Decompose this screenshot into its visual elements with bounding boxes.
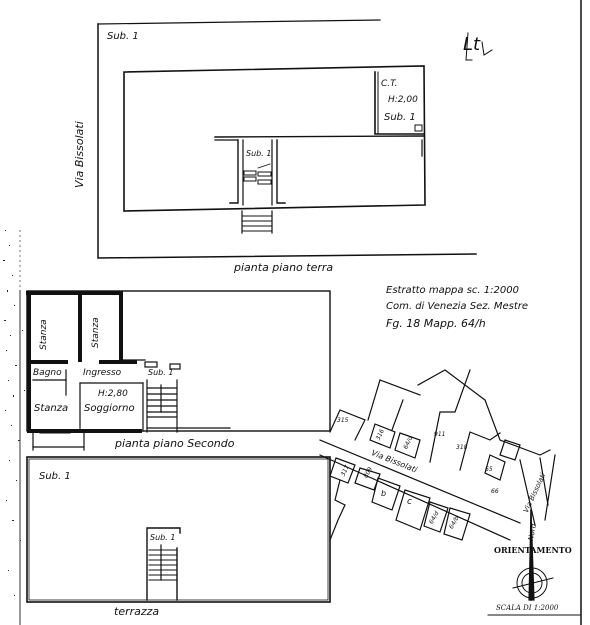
room-bagno: Bagno — [33, 369, 62, 378]
terrace-caption: terrazza — [114, 606, 159, 617]
parcel-label: 65 — [485, 467, 493, 473]
map-extract-line2: Com. di Venezia Sez. Mestre — [386, 302, 528, 312]
ground-floor-plan — [98, 20, 492, 258]
parcel-label: 911 — [434, 432, 445, 438]
parcel-label: 315 — [337, 418, 348, 424]
ct-room-sub: Sub. 1 — [384, 113, 416, 123]
plan-drawing — [0, 0, 590, 625]
ground-floor-caption: pianta piano terra — [234, 262, 333, 273]
cadastral-map — [320, 370, 581, 615]
orientation-label: ORIENTAMENTO — [494, 546, 572, 554]
floor-plan-sheet: Sub. 1 C.T. H:2,00 Sub. 1 Sub. 1 pianta … — [0, 0, 590, 625]
room-stanza-2: Stanza — [92, 317, 101, 348]
map-extract-line3: Fg. 18 Mapp. 64/h — [386, 318, 486, 329]
ct-room-height: H:2,00 — [388, 96, 418, 105]
terrace-plan — [27, 457, 330, 602]
map-extract-line1: Estratto mappa sc. 1:2000 — [386, 286, 519, 296]
second-floor-plan — [27, 291, 330, 450]
terrace-sub-label: Sub. 1 — [39, 472, 71, 482]
room-soggiorno: Soggiorno — [84, 404, 135, 414]
parcel-label: 66 — [491, 489, 499, 495]
room-stanza-3: Stanza — [34, 404, 68, 414]
room-stanza-1: Stanza — [40, 319, 49, 350]
terrace-stair-sub: Sub. 1 — [150, 534, 175, 542]
ground-stair-sub: Sub. 1 — [246, 150, 271, 158]
ct-room-label: C.T. — [381, 80, 397, 89]
parcel-label: c — [407, 498, 412, 507]
scan-noise — [3, 230, 25, 596]
ground-floor-sub-label: Sub. 1 — [107, 32, 139, 42]
second-stair-sub: Sub. 1 — [148, 369, 173, 377]
parcel-label: b — [381, 490, 386, 498]
room-ingresso: Ingresso — [83, 369, 121, 378]
initials-mark: Lt — [463, 36, 480, 54]
parcel-label: 318 — [456, 445, 467, 451]
second-floor-caption: pianta piano Secondo — [115, 438, 235, 449]
second-floor-height: H:2,80 — [98, 390, 128, 399]
street-label-vertical: Via Bissolati — [74, 121, 85, 188]
scale-label: SCALA DI 1:2000 — [496, 605, 558, 612]
